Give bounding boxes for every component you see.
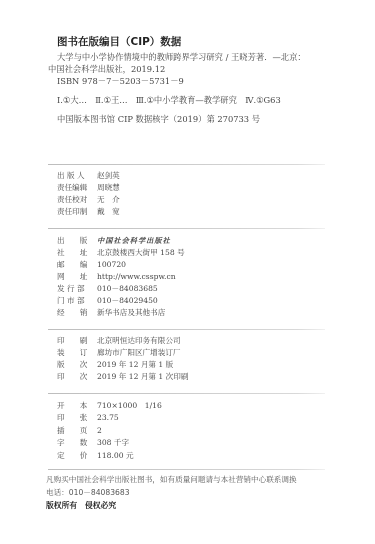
publisher-row: 门 市 部010－84029450: [57, 295, 158, 307]
spec-value: 23.75: [97, 412, 119, 424]
staff-row: 责任印制戴 宽: [57, 206, 120, 218]
publisher-value: 010－84083685: [97, 283, 158, 295]
printing-row: 版 次2019 年 12 月第 1 版: [57, 359, 173, 371]
publisher-row: 社 址北京鼓楼西大街甲 158 号: [57, 247, 185, 259]
spec-row: 开 本710×1000 1/16: [57, 400, 162, 412]
staff-row: 责任校对无 介: [57, 194, 120, 206]
printing-label: 印 次: [57, 371, 97, 383]
publisher-label: 出 版: [57, 235, 97, 247]
spec-label: 定 价: [57, 450, 97, 462]
spec-value: 2: [97, 425, 102, 437]
footer-notice: 凡购买中国社会科学出版社图书，如有质量问题请与本社营销中心联系调换: [46, 474, 297, 485]
spec-label: 字 数: [57, 437, 97, 449]
spec-row: 印 张23.75: [57, 412, 119, 424]
printing-label: 印 刷: [57, 335, 97, 347]
website-link[interactable]: http://www.csspw.cn: [97, 271, 176, 283]
staff-row: 出 版 人赵剑英: [57, 170, 120, 182]
staff-label: 责任印制: [57, 206, 89, 218]
publisher-value: 北京鼓楼西大街甲 158 号: [97, 247, 185, 259]
publisher-row: 经 销新华书店及其他书店: [57, 307, 165, 319]
publisher-value: 100720: [97, 259, 126, 271]
printing-value: 2019 年 12 月第 1 次印刷: [97, 371, 188, 383]
printing-value: 廊坊市广阳区广增装订厂: [97, 347, 181, 359]
publisher-value: 010－84029450: [97, 295, 158, 307]
publisher-row: 网 址http://www.csspw.cn: [57, 271, 176, 283]
divider: [48, 228, 325, 229]
spec-row: 插 页2: [57, 425, 102, 437]
publisher-row: 出 版中国社会科学出版社: [57, 235, 171, 247]
printing-row: 印 刷北京明恒达印务有限公司: [57, 335, 181, 347]
staff-value: 无 介: [97, 194, 120, 206]
printing-label: 装 订: [57, 347, 97, 359]
printing-label: 版 次: [57, 359, 97, 371]
printing-row: 印 次2019 年 12 月第 1 次印刷: [57, 371, 188, 383]
footer-copyright: 版权所有 侵权必究: [46, 500, 116, 511]
spec-label: 印 张: [57, 412, 97, 424]
cip-book-line: 大学与中小学协作情境中的教师跨界学习研究 / 王晓芳著．—北京：: [57, 52, 306, 63]
divider: [48, 164, 325, 165]
divider: [48, 469, 325, 470]
printing-value: 北京明恒达印务有限公司: [97, 335, 181, 347]
staff-row: 责任编辑周晓慧: [57, 182, 120, 194]
publisher-label: 门 市 部: [57, 295, 97, 307]
spec-row: 字 数308 千字: [57, 437, 129, 449]
spec-value: 308 千字: [97, 437, 129, 449]
publisher-value: 新华书店及其他书店: [97, 307, 165, 319]
staff-value: 周晓慧: [97, 182, 120, 194]
publisher-label: 网 址: [57, 271, 97, 283]
staff-value: 戴 宽: [97, 206, 120, 218]
printing-row: 装 订廊坊市广阳区广增装订厂: [57, 347, 181, 359]
cip-classification: Ⅰ.①大… Ⅱ.①王… Ⅲ.①中小学教育—教学研究 Ⅳ.①G63: [57, 95, 281, 106]
publisher-row: 发 行 部010－84083685: [57, 283, 158, 295]
spec-value: 118.00 元: [97, 450, 134, 462]
cip-publisher-line: 中国社会科学出版社，2019.12: [48, 64, 165, 75]
spec-label: 插 页: [57, 425, 97, 437]
spec-row: 定 价118.00 元: [57, 450, 134, 462]
divider: [48, 393, 325, 394]
publisher-label: 社 址: [57, 247, 97, 259]
publisher-label: 发 行 部: [57, 283, 97, 295]
printing-value: 2019 年 12 月第 1 版: [97, 359, 173, 371]
publisher-logo: 中国社会科学出版社: [97, 235, 171, 247]
cip-isbn: ISBN 978－7－5203－5731－9: [57, 76, 184, 87]
cip-number: 中国版本图书馆 CIP 数据核字（2019）第 270733 号: [57, 114, 260, 125]
spec-label: 开 本: [57, 400, 97, 412]
divider: [48, 329, 325, 330]
staff-value: 赵剑英: [97, 170, 120, 182]
publisher-row: 邮 编100720: [57, 259, 126, 271]
spec-value: 710×1000 1/16: [97, 400, 162, 412]
staff-label: 责任编辑: [57, 182, 89, 194]
footer-phone: 电话：010－84083683: [46, 487, 130, 498]
staff-label: 出 版 人: [57, 170, 89, 182]
cip-title: 图书在版编目（CIP）数据: [57, 34, 181, 49]
publisher-label: 邮 编: [57, 259, 97, 271]
staff-label: 责任校对: [57, 194, 89, 206]
publisher-label: 经 销: [57, 307, 97, 319]
